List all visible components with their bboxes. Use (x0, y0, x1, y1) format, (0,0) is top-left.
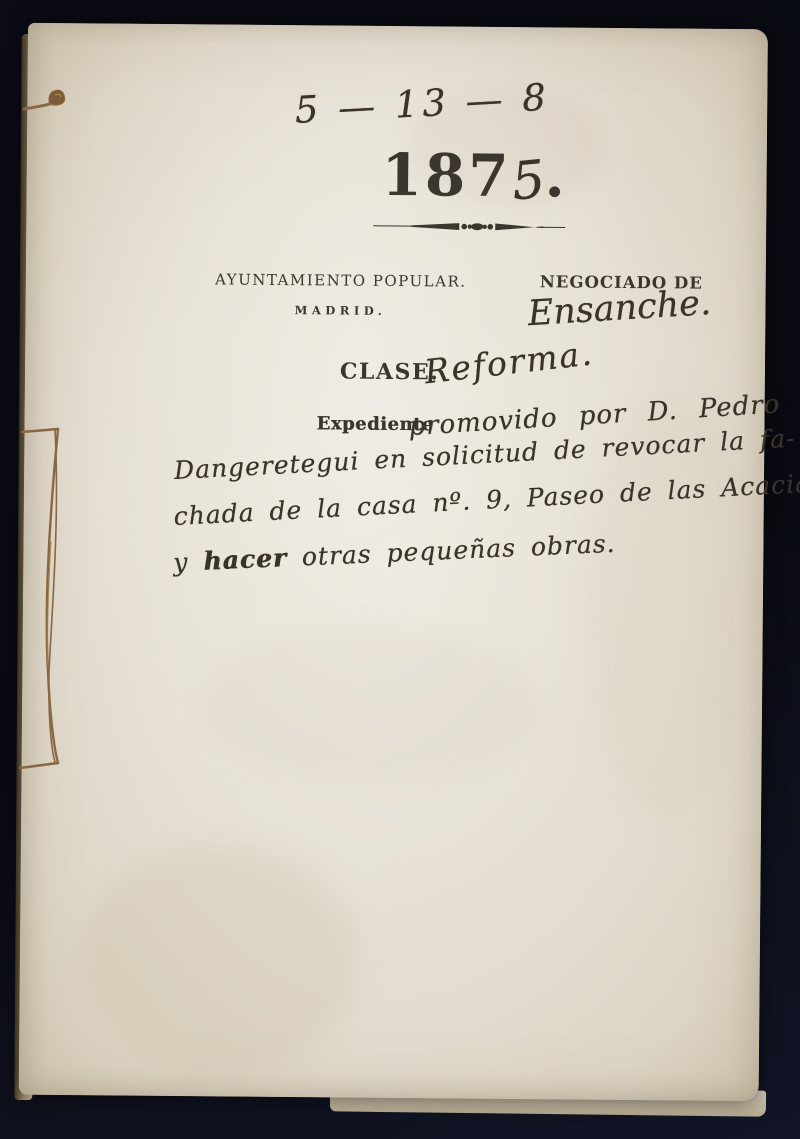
line4-prefix: y (173, 547, 204, 577)
organization-city: MADRID. (212, 302, 468, 318)
binding-thread-knot-icon (22, 84, 74, 120)
organization-name: AYUNTAMIENTO POPULAR. (213, 270, 469, 290)
document-cover-page: 5 — 13 — 8 1875. AYUNTAMIENTO POPULAR. M… (19, 23, 768, 1101)
paper-stain (201, 624, 542, 787)
archive-scan-background: 5 — 13 — 8 1875. AYUNTAMIENTO POPULAR. M… (0, 0, 800, 1139)
ornamental-divider (371, 218, 567, 236)
archive-code-handwritten: 5 — 13 — 8 (236, 73, 608, 135)
year-heading: 1875. (324, 145, 624, 206)
year-handwritten-digit: 5 (509, 154, 547, 209)
expediente-handwritten-line-4: y hacer otras pequeñas obras. (173, 529, 616, 577)
binding-thread-loop-icon (18, 422, 70, 774)
line4-suffix: otras pequeñas obras. (286, 529, 616, 572)
clase-value-handwritten: Reforma. (422, 333, 595, 391)
year-period: . (544, 142, 568, 210)
line4-overwritten-word: hacer (203, 543, 288, 576)
year-printed-digits: 187 (381, 141, 512, 210)
paper-stain (79, 843, 361, 1075)
